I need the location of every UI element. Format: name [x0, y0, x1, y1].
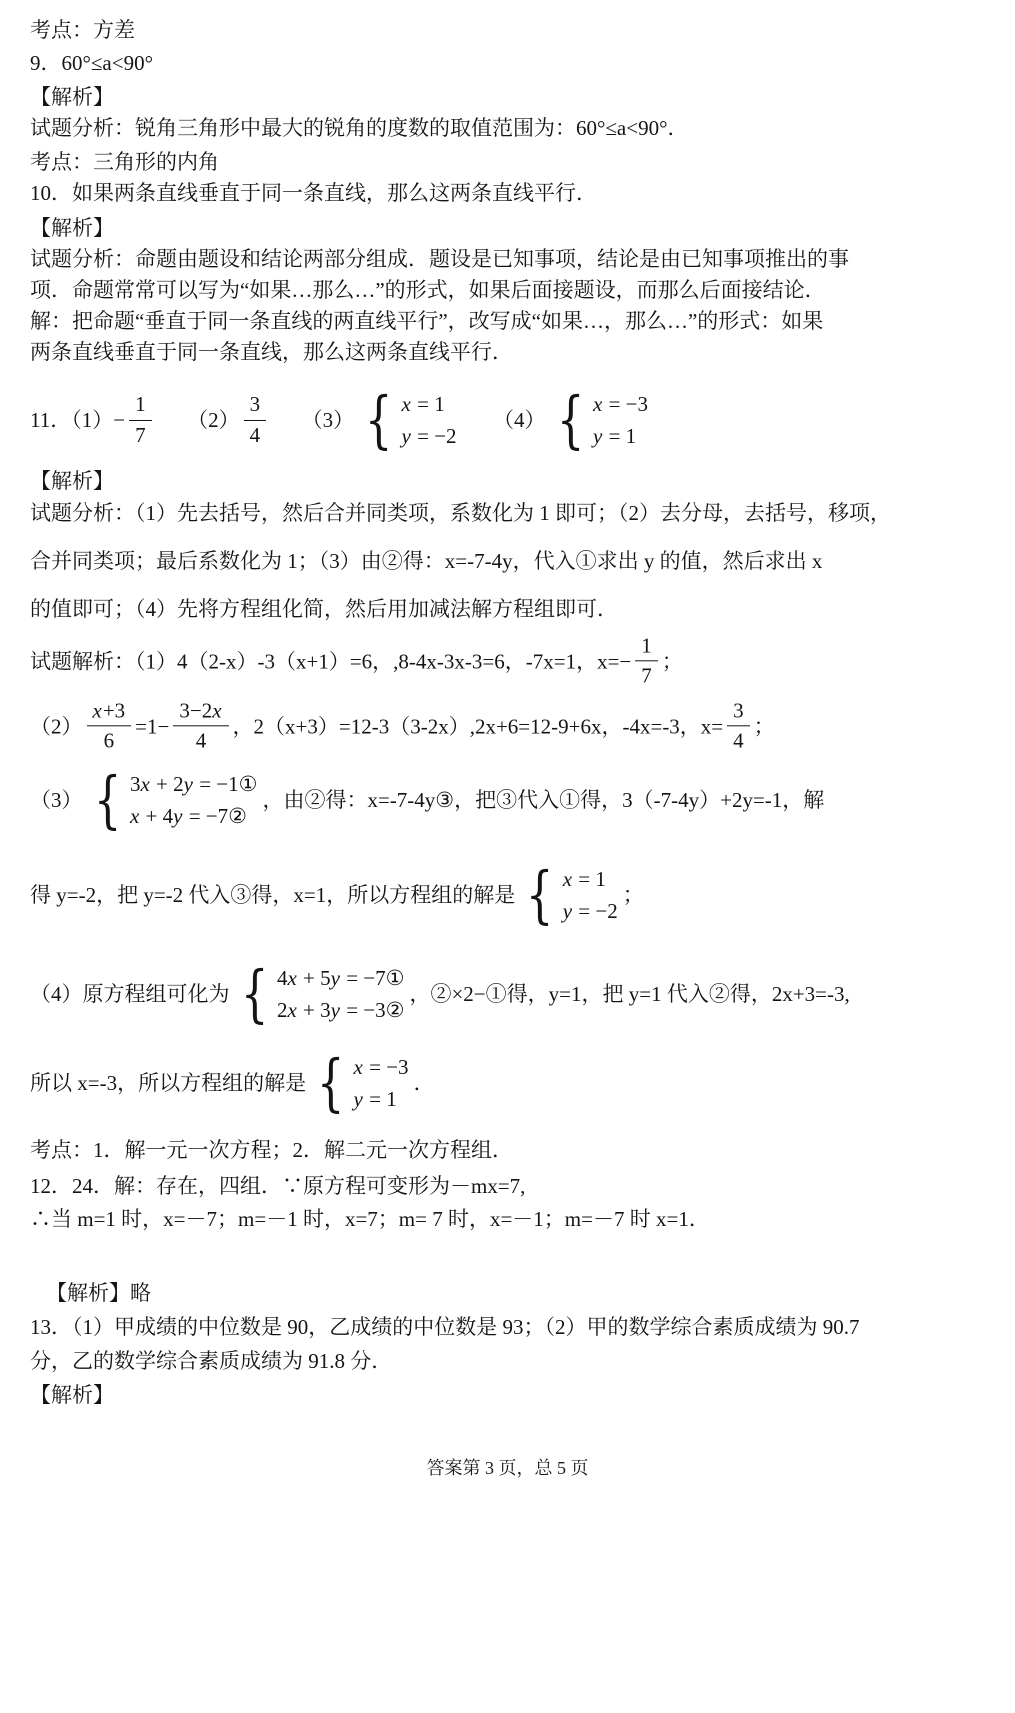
text-run: ．: [414, 1067, 435, 1099]
system-equation-row: y = 1: [354, 1083, 409, 1115]
text-run: ，②×2−①得，y=1，把 y=1 代入②得，2x+3=-3,: [409, 978, 849, 1010]
text-run: 合并同类项；最后系数化为 1；（3）由②得：x=-7-4y，代入①求出 y 的值…: [30, 545, 822, 577]
equation-system: {4x + 5y = −7①2x + 3y = −3②: [235, 962, 405, 1026]
text-run: 13．（1）甲成绩的中位数是 90，乙成绩的中位数是 93；（2）甲的数学综合素…: [30, 1311, 860, 1343]
fraction-numerator: 1: [129, 392, 152, 420]
jiexi-label-10: 【解析】: [30, 212, 114, 244]
text-run: ；: [754, 710, 775, 742]
system-equation-row: x = 1: [563, 863, 618, 895]
system-equation-row: y = 1: [593, 420, 648, 452]
system-equation-row: y = −2: [563, 895, 618, 927]
text-run: 【解析】略: [46, 1277, 151, 1309]
answer-9-line: 9．60°≤a<90°: [30, 47, 153, 79]
answer-13-line-1: 13．（1）甲成绩的中位数是 90，乙成绩的中位数是 93；（2）甲的数学综合素…: [30, 1311, 860, 1343]
text-run: 分，乙的数学综合素质成绩为 91.8 分．: [30, 1345, 392, 1377]
text-run: 解：把命题“垂直于同一条直线的两直线平行”，改写成“如果…，那么…”的形式：如果: [30, 305, 823, 337]
system-rows: x = −3y = 1: [354, 1051, 409, 1115]
text-run: 【解析】: [30, 1379, 114, 1411]
text-run: 10．如果两条直线垂直于同一条直线，那么这两条直线平行．: [30, 177, 597, 209]
jiexi-label-9: 【解析】: [30, 81, 114, 113]
fraction: 3−2x4: [173, 698, 228, 753]
system-brace: {: [317, 1052, 345, 1114]
system-equation-row: x = 1: [402, 388, 457, 420]
fraction-denominator: 7: [641, 662, 652, 689]
system-rows: x = 1y = −2: [563, 863, 618, 927]
equation-system: {x = 1y = −2: [520, 863, 617, 927]
text-run: ，2（x+3）=12-3（3-2x）,2x+6=12-9+6x，-4x=-3，x…: [233, 710, 724, 742]
answer-12-line-2: ∴当 m=1 时，x=－7；m=－1 时，x=7；m= 7 时，x=－1；m=－…: [30, 1203, 710, 1235]
text-run: =1−: [135, 710, 169, 742]
fraction-numerator: 3−2x: [173, 698, 228, 726]
text-run: 考点：方差: [30, 14, 135, 46]
fraction: 34: [244, 392, 267, 447]
fraction: 17: [129, 392, 152, 447]
system-equation-row: x = −3: [354, 1051, 409, 1083]
fraction-denominator: 4: [250, 421, 261, 448]
fraction: 34: [727, 698, 750, 753]
text-run: 11．（1）−: [30, 404, 125, 436]
text-run: 答案第 3 页，总 5 页: [427, 1452, 589, 1484]
equation-system: {3x + 2y = −1①x + 4y = −7②: [88, 768, 258, 832]
solution-11-part4-line: （4）原方程组可化为{4x + 5y = −7①2x + 3y = −3②，②×…: [30, 962, 850, 1026]
text-run: ，由②得：x=-7-4y③，把③代入①得，3（-7-4y）+2y=-1，解: [262, 784, 824, 816]
system-equation-row: y = −2: [402, 420, 457, 452]
jiexi-label-13: 【解析】: [30, 1379, 114, 1411]
solution-11-part3-continued-line: 得 y=-2，把 y=-2 代入③得，x=1，所以方程组的解是{x = 1y =…: [30, 863, 644, 927]
text-run: ；: [662, 645, 683, 677]
text-run: 试题分析：命题由题设和结论两部分组成．题设是已知事项，结论是由已知事项推出的事: [30, 243, 849, 275]
text-run: 试题分析：（1）先去括号，然后合并同类项，系数化为 1 即可；（2）去分母，去括…: [30, 497, 891, 529]
answer-12-line-1: 12．24．解：存在，四组．∵原方程可变形为－mx=7,: [30, 1170, 525, 1202]
text-run: （3）: [270, 404, 354, 436]
fraction-denominator: 7: [135, 421, 146, 448]
solution-11-part4-continued-line: 所以 x=-3，所以方程组的解是{x = −3y = 1．: [30, 1051, 435, 1115]
system-brace: {: [526, 864, 554, 926]
document-page: 考点：方差9．60°≤a<90°【解析】试题分析：锐角三角形中最大的锐角的度数的…: [0, 0, 1015, 1713]
text-run: 考点：1．解一元一次方程；2．解二元一次方程组．: [30, 1134, 513, 1166]
analysis-10-line-2: 项．命题常常可以写为“如果…那么…”的形式，如果后面接题设，而那么后面接结论．: [30, 274, 826, 306]
exam-point-11-line: 考点：1．解一元一次方程；2．解二元一次方程组．: [30, 1134, 513, 1166]
system-brace: {: [93, 769, 121, 831]
text-run: （4）原方程组可化为: [30, 978, 230, 1010]
analysis-10-line-1: 试题分析：命题由题设和结论两部分组成．题设是已知事项，结论是由已知事项推出的事: [30, 243, 849, 275]
text-run: 12．24．解：存在，四组．∵原方程可变形为－mx=7,: [30, 1170, 525, 1202]
equation-system: {x = −3y = 1: [551, 388, 648, 452]
system-rows: x = −3y = 1: [593, 388, 648, 452]
text-run: 【解析】: [30, 212, 114, 244]
fraction-denominator: 4: [733, 727, 744, 754]
solution-11-part3-line: （3）{3x + 2y = −1①x + 4y = −7②，由②得：x=-7-4…: [30, 768, 824, 832]
system-brace: {: [240, 963, 268, 1025]
system-rows: 4x + 5y = −7①2x + 3y = −3②: [277, 962, 405, 1026]
equation-system: {x = 1y = −2: [359, 388, 456, 452]
fraction-denominator: 6: [104, 727, 115, 754]
text-run: 9．60°≤a<90°: [30, 47, 153, 79]
text-run: 考点：三角形的内角: [30, 146, 219, 178]
system-equation-row: 4x + 5y = −7①: [277, 962, 405, 994]
fraction-numerator: 1: [635, 633, 658, 661]
fraction: 17: [635, 633, 658, 688]
text-run: 试题解析：（1）4（2-x）-3（x+1）=6，,8-4x-3x-3=6，-7x…: [30, 645, 631, 677]
equation-system: {x = −3y = 1: [311, 1051, 408, 1115]
system-equation-row: x = −3: [593, 388, 648, 420]
analysis-9-line: 试题分析：锐角三角形中最大的锐角的度数的取值范围为：60°≤a<90°．: [30, 112, 688, 144]
answer-13-line-2: 分，乙的数学综合素质成绩为 91.8 分．: [30, 1345, 392, 1377]
fraction-numerator: x+3: [87, 698, 132, 726]
text-run: ；: [623, 879, 644, 911]
jiexi-label-11: 【解析】: [30, 465, 114, 497]
text-run: 两条直线垂直于同一条直线，那么这两条直线平行．: [30, 336, 513, 368]
solution-11-part1-line: 试题解析：（1）4（2-x）-3（x+1）=6，,8-4x-3x-3=6，-7x…: [30, 633, 683, 688]
system-brace: {: [365, 389, 393, 451]
text-run: 所以 x=-3，所以方程组的解是: [30, 1067, 306, 1099]
text-run: 得 y=-2，把 y=-2 代入③得，x=1，所以方程组的解是: [30, 879, 515, 911]
exam-point-9-line: 考点：三角形的内角: [30, 146, 219, 178]
solution-11-part2-line: （2）x+36=1−3−2x4，2（x+3）=12-3（3-2x）,2x+6=1…: [30, 698, 775, 753]
jiexi-label-12: 【解析】略: [46, 1277, 151, 1309]
system-equation-row: x + 4y = −7②: [130, 800, 258, 832]
text-run: 【解析】: [30, 465, 114, 497]
system-brace: {: [556, 389, 584, 451]
system-equation-row: 3x + 2y = −1①: [130, 768, 258, 800]
text-run: 【解析】: [30, 81, 114, 113]
text-run: 项．命题常常可以写为“如果…那么…”的形式，如果后面接题设，而那么后面接结论．: [30, 274, 826, 306]
text-run: 试题分析：锐角三角形中最大的锐角的度数的取值范围为：60°≤a<90°．: [30, 112, 688, 144]
fraction-denominator: 4: [196, 727, 207, 754]
analysis-11-line-2: 合并同类项；最后系数化为 1；（3）由②得：x=-7-4y，代入①求出 y 的值…: [30, 545, 822, 577]
footer-page-number: 答案第 3 页，总 5 页: [0, 1452, 1015, 1484]
text-run: （2）: [156, 404, 240, 436]
text-run: 的值即可；（4）先将方程组化简，然后用加减法解方程组即可．: [30, 593, 618, 625]
text-run: （3）: [30, 784, 83, 816]
fraction-numerator: 3: [727, 698, 750, 726]
analysis-10-line-3: 解：把命题“垂直于同一条直线的两直线平行”，改写成“如果…，那么…”的形式：如果: [30, 305, 823, 337]
analysis-10-line-4: 两条直线垂直于同一条直线，那么这两条直线平行．: [30, 336, 513, 368]
exam-point-8-line: 考点：方差: [30, 14, 135, 46]
system-rows: x = 1y = −2: [402, 388, 457, 452]
text-run: （2）: [30, 710, 83, 742]
system-equation-row: 2x + 3y = −3②: [277, 994, 405, 1026]
text-run: （4）: [462, 404, 546, 436]
answer-10-line: 10．如果两条直线垂直于同一条直线，那么这两条直线平行．: [30, 177, 597, 209]
answer-11-line: 11．（1）−17 （2）34 （3）{x = 1y = −2 （4）{x = …: [30, 388, 653, 452]
analysis-11-line-3: 的值即可；（4）先将方程组化简，然后用加减法解方程组即可．: [30, 593, 618, 625]
fraction: x+36: [87, 698, 132, 753]
system-rows: 3x + 2y = −1①x + 4y = −7②: [130, 768, 258, 832]
analysis-11-line-1: 试题分析：（1）先去括号，然后合并同类项，系数化为 1 即可；（2）去分母，去括…: [30, 497, 891, 529]
text-run: ∴当 m=1 时，x=－7；m=－1 时，x=7；m= 7 时，x=－1；m=－…: [30, 1203, 710, 1235]
fraction-numerator: 3: [244, 392, 267, 420]
